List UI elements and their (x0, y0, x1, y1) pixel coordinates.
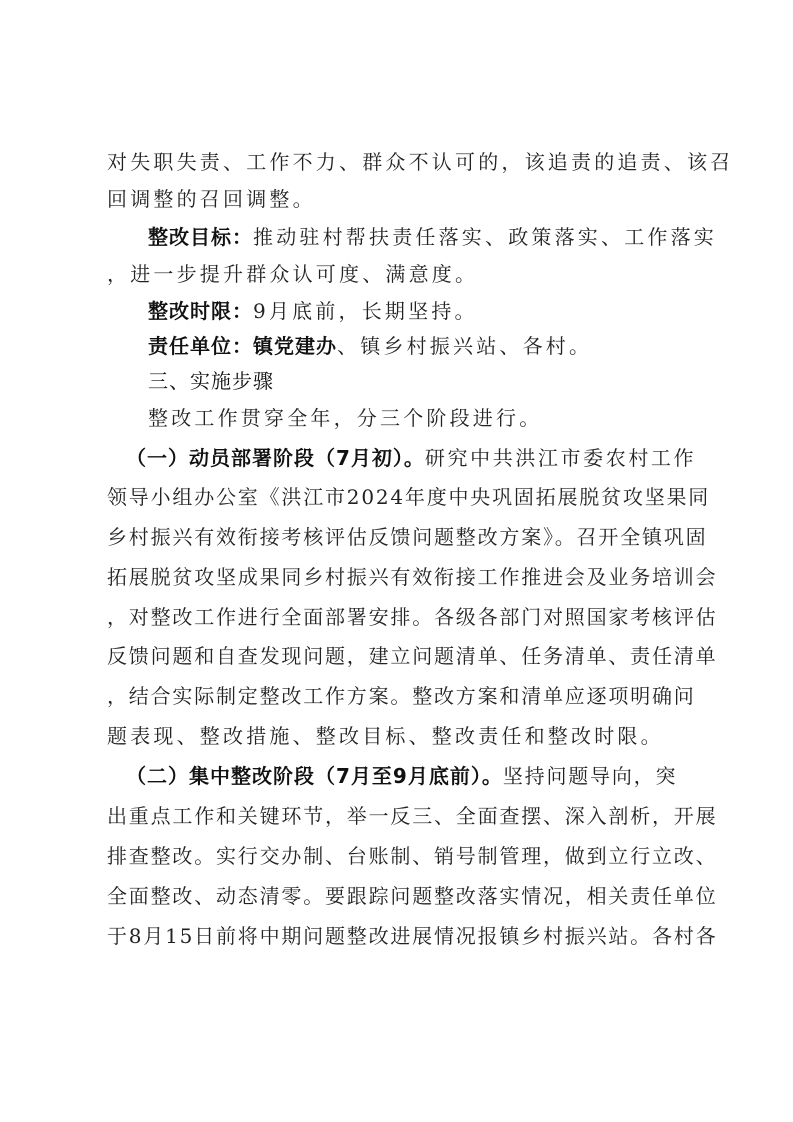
body-text: 回调整的召回调整。 (107, 187, 316, 211)
body-text: ，对整改工作进行全面部署安排。各级各部门对照国家考核评估 (107, 605, 717, 629)
body-text: 题表现、整改措施、整改目标、整改责任和整改时限。 (107, 724, 664, 748)
section-heading-text: 三、实施步骤 (148, 369, 274, 393)
body-text: 乡村振兴有效衔接考核评估反馈问题整改方案》。召开全镇巩固 (107, 525, 707, 549)
phase-one-label: （一）动员部署阶段（7月初）。 (126, 446, 425, 470)
paragraph-line: 拓展脱贫攻坚成果同乡村振兴有效衔接工作推进会及业务培训会 (107, 565, 697, 589)
body-text: 领导小组办公室《洪江市2024年度中央巩固拓展脱贫攻坚果同 (107, 485, 710, 509)
body-text: 研究中共洪江市委农村工作 (425, 446, 696, 470)
body-text: ，进一步提升群众认可度、满意度。 (107, 262, 478, 286)
body-text: ，结合实际制定整改工作方案。整改方案和清单应逐项明确问 (107, 684, 696, 708)
phase-one-line: （一）动员部署阶段（7月初）。研究中共洪江市委农村工作 (126, 446, 698, 470)
paragraph-line: ，结合实际制定整改工作方案。整改方案和清单应逐项明确问 (107, 684, 697, 708)
body-text: 推动驻村帮扶责任落实、政策落实、工作落实 (253, 225, 717, 249)
paragraph-line: 整改工作贯穿全年，分三个阶段进行。 (148, 406, 698, 430)
body-text: 、镇乡村振兴站、各村。 (337, 334, 592, 358)
paragraph-line: 对失职失责、工作不力、群众不认可的，该追责的追责、该召 (107, 150, 697, 174)
paragraph-line: 回调整的召回调整。 (107, 187, 697, 211)
paragraph-line: 于8月15日前将中期问题整改进展情况报镇乡村振兴站。各村各 (107, 924, 697, 948)
body-text: 整改工作贯穿全年，分三个阶段进行。 (148, 406, 542, 430)
phase-two-label: （二）集中整改阶段（7月至9月底前）。 (126, 764, 503, 788)
paragraph-line: 出重点工作和关键环节，举一反三、全面查摆、深入剖析，开展 (107, 804, 697, 828)
paragraph-line: 乡村振兴有效衔接考核评估反馈问题整改方案》。召开全镇巩固 (107, 525, 697, 549)
paragraph-line: ，进一步提升群众认可度、满意度。 (107, 262, 697, 286)
body-text: 对失职失责、工作不力、群众不认可的，该追责的追责、该召 (107, 150, 733, 174)
paragraph-line: 排查整改。实行交办制、台账制、销号制管理，做到立行立改、 (107, 844, 697, 868)
rectification-goal-label: 整改目标： (148, 225, 253, 249)
paragraph-line: 反馈问题和自查发现问题，建立问题清单、任务清单、责任清单 (107, 644, 697, 668)
rectification-deadline-label: 整改时限： (148, 299, 253, 323)
body-text: 全面整改、动态清零。要跟踪问题整改落实情况，相关责任单位 (107, 884, 717, 908)
document-page: 对失职失责、工作不力、群众不认可的，该追责的追责、该召 回调整的召回调整。 整改… (0, 0, 793, 1122)
paragraph-line: ，对整改工作进行全面部署安排。各级各部门对照国家考核评估 (107, 605, 697, 629)
phase-two-line: （二）集中整改阶段（7月至9月底前）。坚持问题导向，突 (126, 764, 698, 788)
body-text: 出重点工作和关键环节，举一反三、全面查摆、深入剖析，开展 (107, 804, 717, 828)
body-text: 9月底前，长期坚持。 (253, 299, 478, 323)
body-text: 于8月15日前将中期问题整改进展情况报镇乡村振兴站。各村各 (107, 924, 717, 948)
paragraph-line: 领导小组办公室《洪江市2024年度中央巩固拓展脱贫攻坚果同 (107, 485, 697, 509)
responsible-unit-line: 责任单位：镇党建办、镇乡村振兴站、各村。 (148, 334, 698, 358)
body-text: 坚持问题导向，突 (503, 764, 677, 788)
body-text: 排查整改。实行交办制、台账制、销号制管理，做到立行立改、 (107, 844, 717, 868)
rectification-deadline-line: 整改时限：9月底前，长期坚持。 (148, 299, 698, 323)
body-text: 拓展脱贫攻坚成果同乡村振兴有效衔接工作推进会及业务培训会 (107, 565, 717, 589)
responsible-unit-primary: 镇党建办 (253, 334, 337, 358)
body-text: 反馈问题和自查发现问题，建立问题清单、任务清单、责任清单 (107, 644, 717, 668)
rectification-goal-line: 整改目标：推动驻村帮扶责任落实、政策落实、工作落实 (148, 225, 698, 249)
paragraph-line: 题表现、整改措施、整改目标、整改责任和整改时限。 (107, 724, 697, 748)
section-heading: 三、实施步骤 (148, 369, 698, 393)
responsible-unit-label: 责任单位： (148, 334, 253, 358)
paragraph-line: 全面整改、动态清零。要跟踪问题整改落实情况，相关责任单位 (107, 884, 697, 908)
